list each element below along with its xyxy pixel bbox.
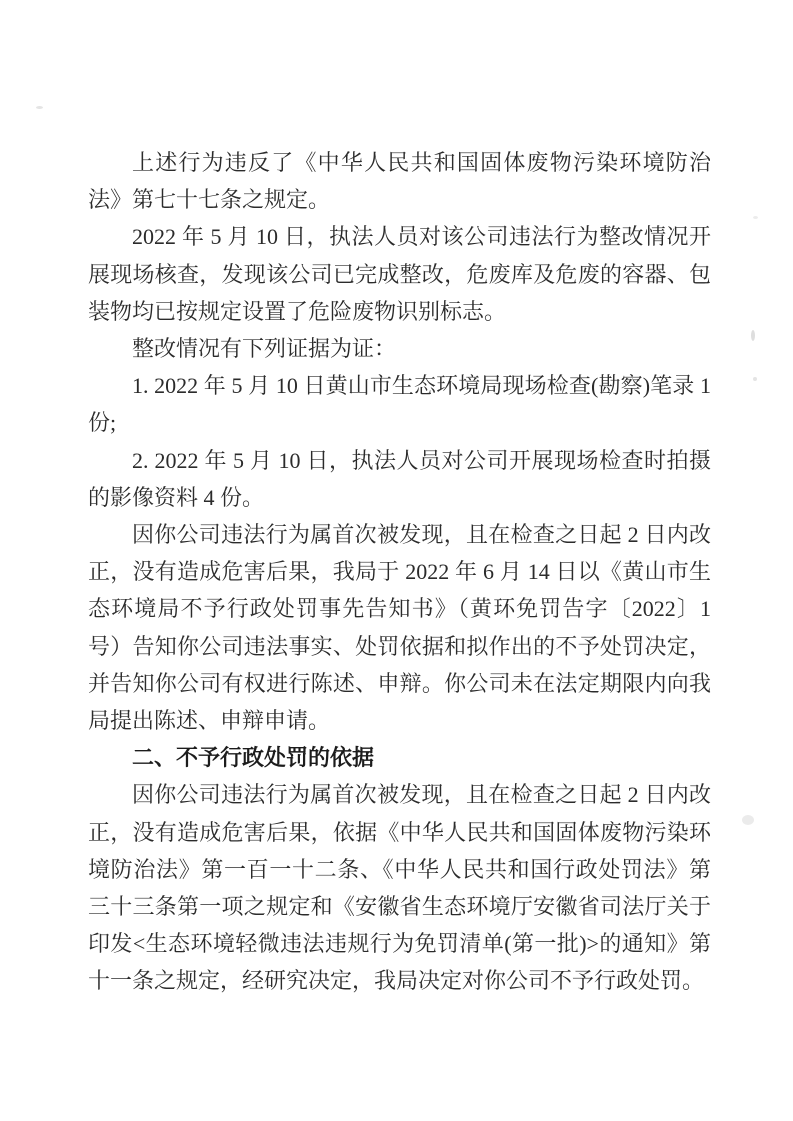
- section-heading-no-penalty-basis: 二、不予行政处罚的依据: [88, 739, 711, 776]
- scan-noise-mark: [751, 330, 755, 341]
- paragraph-evidence-intro: 整改情况有下列证据为证：: [88, 330, 711, 367]
- scan-noise-mark: [753, 216, 758, 219]
- scan-noise-mark: [36, 106, 43, 109]
- paragraph-prior-notice: 因你公司违法行为属首次被发现，且在检查之日起 2 日内改正，没有造成危害后果，我…: [88, 516, 711, 739]
- paragraph-evidence-item-2: 2. 2022 年 5 月 10 日，执法人员对公司开展现场检查时拍摄的影像资料…: [88, 442, 711, 516]
- scan-noise-mark: [753, 377, 757, 381]
- paragraph-violation-statement: 上述行为违反了《中华人民共和国固体废物污染环境防治法》第七十七条之规定。: [88, 144, 711, 218]
- paragraph-decision-basis: 因你公司违法行为属首次被发现，且在检查之日起 2 日内改正，没有造成危害后果，依…: [88, 776, 711, 999]
- paragraph-evidence-item-1: 1. 2022 年 5 月 10 日黄山市生态环境局现场检查(勘察)笔录 1 份…: [88, 367, 711, 441]
- document-body: 上述行为违反了《中华人民共和国固体废物污染环境防治法》第七十七条之规定。 202…: [88, 144, 711, 1000]
- paragraph-onsite-verification: 2022 年 5 月 10 日，执法人员对该公司违法行为整改情况开展现场核查，发…: [88, 218, 711, 330]
- scanned-document-page: 上述行为违反了《中华人民共和国固体废物污染环境防治法》第七十七条之规定。 202…: [0, 0, 793, 1121]
- scan-noise-mark: [742, 815, 754, 825]
